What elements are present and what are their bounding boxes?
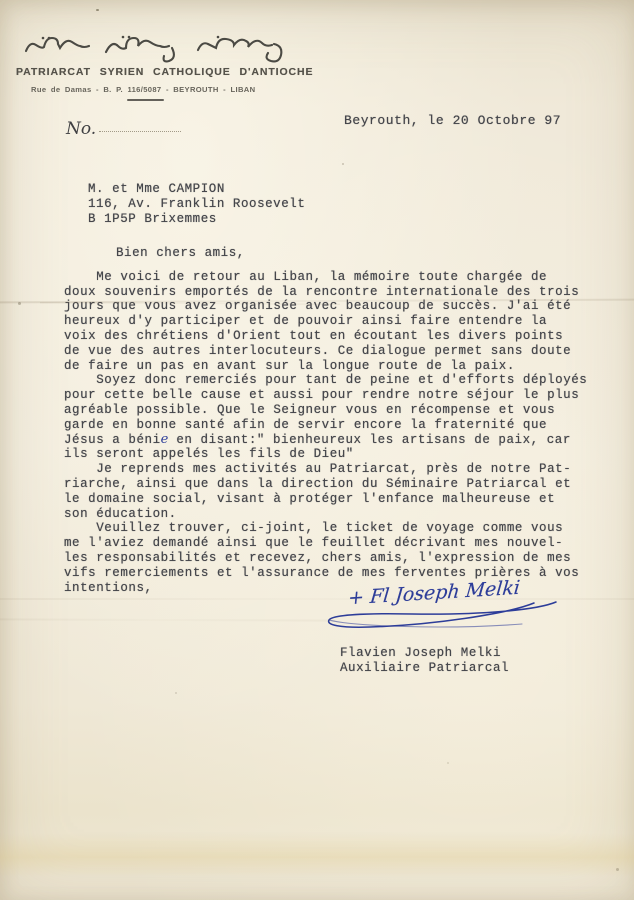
signature-block: + Fl Joseph Melki bbox=[322, 580, 582, 642]
paragraph-1: Me voici de retour au Liban, la mémoire … bbox=[64, 270, 616, 374]
paper-speck bbox=[96, 9, 99, 11]
letterhead-address: Rue de Damas - B. P. 116/5087 - BEYROUTH… bbox=[31, 85, 255, 94]
signature-flourish-icon bbox=[322, 600, 580, 641]
recipient-name: M. et Mme CAMPION bbox=[88, 182, 305, 197]
paper-speck bbox=[18, 302, 21, 305]
reference-number-line: No. bbox=[66, 119, 181, 139]
signer-title: Auxiliaire Patriarcal bbox=[340, 661, 509, 676]
paper-stain bbox=[0, 833, 634, 877]
fold-crease bbox=[0, 618, 335, 621]
syriac-script-icon bbox=[22, 34, 290, 69]
paper-speck bbox=[616, 868, 619, 871]
letterhead-org-name: PATRIARCAT SYRIEN CATHOLIQUE D'ANTIOCHE bbox=[16, 66, 313, 78]
paragraph-2: Soyez donc remerciés pour tant de peine … bbox=[64, 373, 616, 462]
paper-speck bbox=[342, 163, 344, 165]
typed-signature-block: Flavien Joseph Melki Auxiliaire Patriarc… bbox=[340, 646, 509, 676]
paper-speck bbox=[175, 692, 177, 694]
letter-body: Bien chers amis, Me voici de retour au L… bbox=[64, 246, 616, 595]
letterhead-rule bbox=[127, 99, 164, 101]
paper-speck bbox=[447, 762, 449, 764]
salutation: Bien chers amis, bbox=[116, 246, 616, 261]
signer-name: Flavien Joseph Melki bbox=[340, 646, 509, 661]
paragraph-3: Je reprends mes activités au Patriarcat,… bbox=[64, 462, 616, 521]
scanned-letter-page: PATRIARCAT SYRIEN CATHOLIQUE D'ANTIOCHE … bbox=[0, 0, 634, 900]
recipient-address-block: M. et Mme CAMPION 116, Av. Franklin Roos… bbox=[88, 182, 305, 227]
recipient-street: 116, Av. Franklin Roosevelt bbox=[88, 197, 305, 212]
recipient-city: B 1P5P Brixemmes bbox=[88, 212, 305, 227]
date-line: Beyrouth, le 20 Octobre 97 bbox=[344, 113, 561, 128]
reference-label: No. bbox=[66, 119, 96, 139]
reference-dotted-line bbox=[99, 131, 181, 132]
